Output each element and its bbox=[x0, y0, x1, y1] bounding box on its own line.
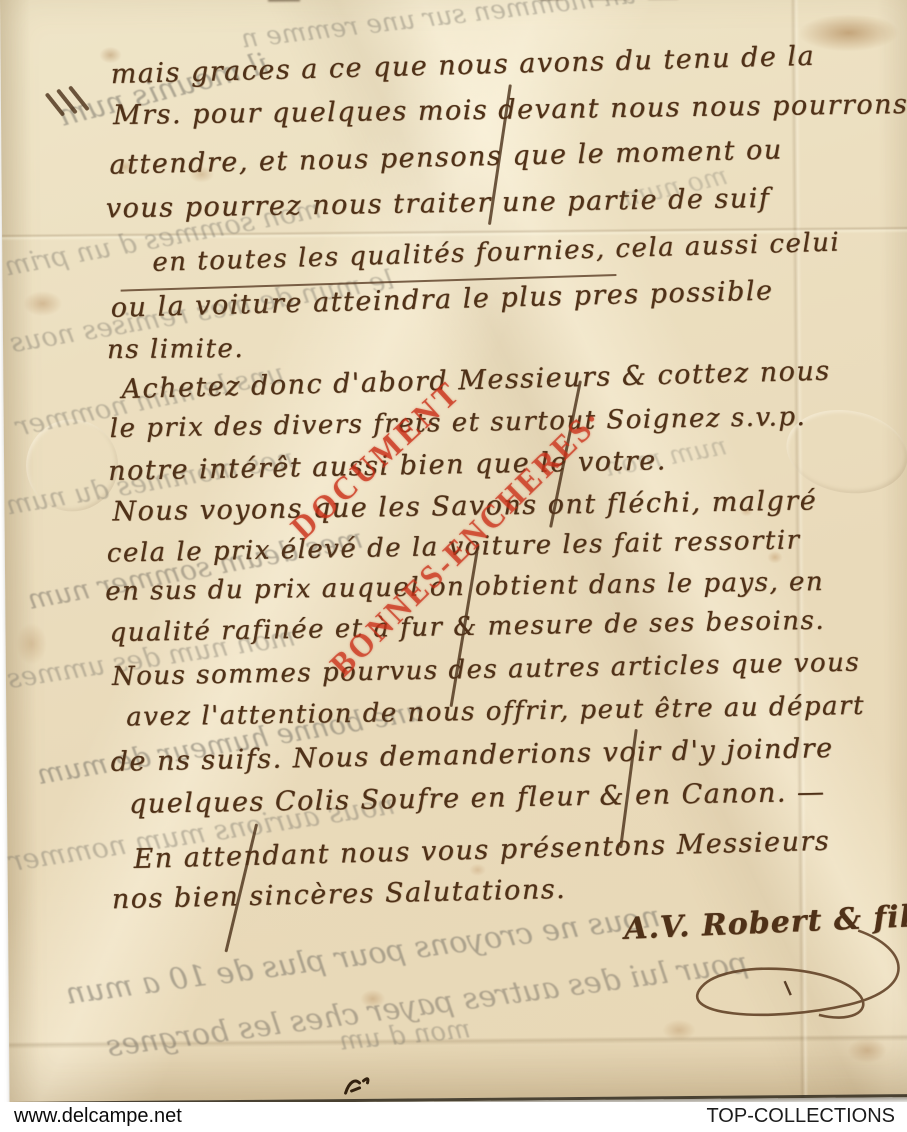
letter-line: vous pourrez nous traiter une partie de … bbox=[106, 183, 771, 224]
letter-line: quelques Colis Soufre en fleur & en Cano… bbox=[129, 777, 826, 820]
edge-smudge bbox=[268, 0, 300, 2]
letter-line: Mrs. pour quelques mois devant nous nous… bbox=[113, 89, 907, 131]
letter-line: nos bien sincères Salutations. bbox=[112, 874, 567, 915]
watermark-top-collections: TOP-COLLECTIONS bbox=[706, 1105, 895, 1128]
paper-sheet: un mommen sur une remme n il mounis num … bbox=[0, 0, 907, 1105]
letter-line: mais graces a ce que nous avons du tenu … bbox=[110, 41, 815, 90]
letter-line: qualité rafinée et à fur & mesure de ses… bbox=[109, 606, 825, 648]
ink-mark bbox=[341, 1071, 371, 1097]
letter-line: avez l'attention de nous offrir, peut êt… bbox=[126, 691, 865, 733]
letter-line: ou la voiture atteindra le plus pres pos… bbox=[110, 275, 773, 323]
letter-line: ns limite. bbox=[107, 334, 244, 365]
watermark-delcampe: www.delcampe.net bbox=[14, 1105, 182, 1128]
letter-scan: un mommen sur une remme n il mounis num … bbox=[0, 0, 907, 1132]
signature-flourish bbox=[608, 918, 907, 1041]
